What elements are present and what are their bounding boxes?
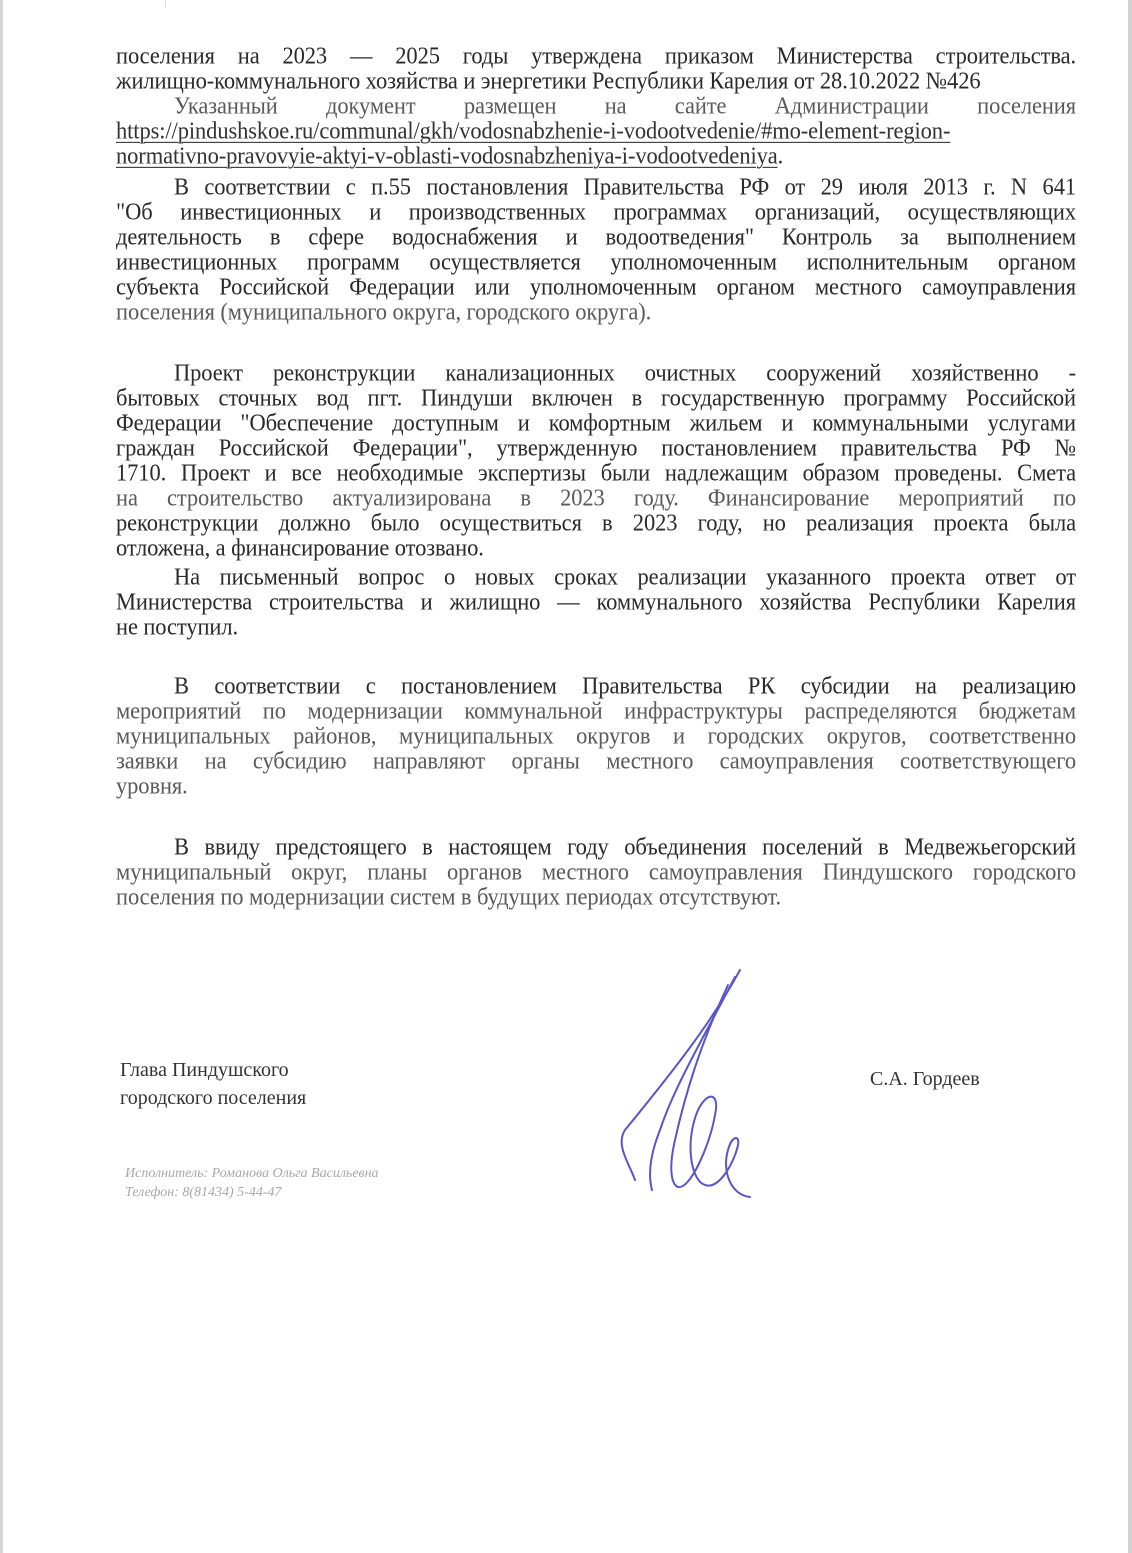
text-line: на строительство актуализирована в 2023 … [116, 484, 1076, 511]
text-line: На письменный вопрос о новых сроках реал… [116, 563, 1076, 590]
page-left-edge [0, 0, 3, 1553]
text-line: Проект реконструкции канализационных очи… [116, 359, 1076, 386]
text-line: https://pindushskoe.ru/communal/gkh/vodo… [116, 117, 1076, 144]
text-line: бытовых сточных вод пгт. Пиндуши включен… [116, 384, 1076, 411]
text-line: муниципальных районов, муниципальных окр… [116, 722, 1076, 749]
text-line: поселения по модернизации систем в будущ… [116, 883, 1076, 910]
document-body: поселения на 2023 — 2025 годы утверждена… [116, 12, 1076, 908]
text-line: жилищно-коммунального хозяйства и энерге… [116, 67, 1076, 94]
text-line: инвестиционных программ осуществляется у… [116, 248, 1076, 275]
signatory-title: Глава Пиндушского городского поселения [120, 1056, 306, 1112]
text-line: не поступил. [116, 613, 1076, 640]
text-line: деятельность в сфере водоснабжения и вод… [116, 223, 1076, 250]
page-right-edge [1128, 0, 1132, 1553]
paragraph-document-location: Указанный документ размещен на сайте Адм… [116, 92, 1076, 167]
executor-name: Исполнитель: Романова Ольга Васильевна [125, 1164, 379, 1183]
text-line: Федерации "Обеспечение доступным и комфо… [116, 409, 1076, 436]
paragraph-reconstruction-project: Проект реконструкции канализационных очи… [116, 359, 1076, 559]
paragraph-control-regulation: В соответствии с п.55 постановления Прав… [116, 173, 1076, 323]
paragraph-program-approval: поселения на 2023 — 2025 годы утверждена… [116, 42, 1076, 92]
text-line: уровня. [116, 772, 1076, 799]
text-line: заявки на субсидию направляют органы мес… [116, 747, 1076, 774]
executor-phone: Телефон: 8(81434) 5-44-47 [125, 1183, 379, 1202]
text-line: normativno-pravovyie-aktyi-v-oblasti-vod… [116, 142, 1076, 169]
text-line: Министерства строительства и жилищно — к… [116, 588, 1076, 615]
text-line: "Об инвестиционных и производственных пр… [116, 198, 1076, 225]
text-line: В соответствии с п.55 постановления Прав… [116, 173, 1076, 200]
text-line: граждан Российской Федерации", утвержден… [116, 434, 1076, 461]
text-line: субъекта Российской Федерации или уполно… [116, 273, 1076, 300]
paragraph-subsidies: В соответствии с постановлением Правител… [116, 672, 1076, 797]
text-line: мероприятий по модернизации коммунальной… [116, 697, 1076, 724]
text-line: реконструкции должно было осуществиться … [116, 509, 1076, 536]
text-line: Указанный документ размещен на сайте Адм… [116, 92, 1076, 119]
paragraph-ministry-response: На письменный вопрос о новых сроках реал… [116, 563, 1076, 638]
text-line: муниципальный округ, планы органов местн… [116, 858, 1076, 885]
text-line: поселения на 2023 — 2025 годы утверждена… [116, 42, 1076, 69]
text-line: В ввиду предстоящего в настоящем году об… [116, 833, 1076, 860]
document-link[interactable]: https://pindushskoe.ru/communal/gkh/vodo… [116, 117, 950, 144]
scan-artifact [165, 0, 166, 8]
executor-info: Исполнитель: Романова Ольга Васильевна Т… [125, 1164, 379, 1202]
paragraph-municipal-merger: В ввиду предстоящего в настоящем году об… [116, 833, 1076, 908]
link-period: . [778, 142, 784, 169]
text-line: отложена, а финансирование отозвано. [116, 534, 1076, 561]
signatory-title-line: Глава Пиндушского [120, 1056, 306, 1084]
handwritten-signature-icon [590, 965, 790, 1205]
text-line: В соответствии с постановлением Правител… [116, 672, 1076, 699]
text-line: 1710. Проект и все необходимые экспертиз… [116, 459, 1076, 486]
document-link-continued[interactable]: normativno-pravovyie-aktyi-v-oblasti-vod… [116, 142, 778, 169]
signatory-title-line: городского поселения [120, 1084, 306, 1112]
text-line: поселения (муниципального округа, городс… [116, 298, 1076, 325]
signatory-name: С.А. Гордеев [870, 1068, 980, 1091]
